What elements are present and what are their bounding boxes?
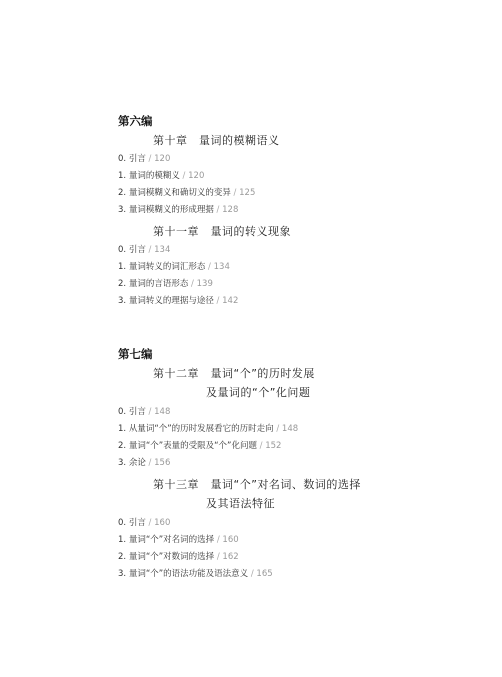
toc-entry[interactable]: 3. 量词转义的理据与途径 / 142 xyxy=(118,294,238,306)
entry-text: 量词转义的理据与途径 xyxy=(129,296,214,306)
toc-entry[interactable]: 2. 量词“个”对数词的选择 / 162 xyxy=(118,550,239,562)
entry-number: 0. xyxy=(118,518,126,528)
entry-number: 0. xyxy=(118,407,126,417)
entry-text: 量词模糊义和确切义的变异 xyxy=(129,188,231,198)
part-title: 第六编 xyxy=(118,113,153,129)
separator: / xyxy=(180,171,188,181)
toc-entry[interactable]: 1. 量词的模糊义 / 120 xyxy=(118,169,204,181)
entry-number: 1. xyxy=(118,262,126,272)
page-number: 120 xyxy=(154,154,170,164)
toc-entry[interactable]: 1. 从量词“个”的历时发展看它的历时走向 / 148 xyxy=(118,422,298,434)
separator: / xyxy=(214,296,222,306)
chapter-title: 第十三章 量词“个”对名词、数词的选择 xyxy=(153,476,361,492)
entry-number: 2. xyxy=(118,441,126,451)
toc-entry[interactable]: 3. 余论 / 156 xyxy=(118,456,170,468)
entry-text: 量词“个”对数词的选择 xyxy=(129,552,214,562)
page-number: 134 xyxy=(154,245,170,255)
entry-text: 引言 xyxy=(129,518,146,528)
entry-text: 从量词“个”的历时发展看它的历时走向 xyxy=(129,424,274,434)
entry-text: 量词“个”对名词的选择 xyxy=(129,535,214,545)
entry-number: 0. xyxy=(118,154,126,164)
page-number: 120 xyxy=(188,171,204,181)
entry-number: 1. xyxy=(118,171,126,181)
toc-entry[interactable]: 0. 引言 / 148 xyxy=(118,405,170,417)
page-number: 148 xyxy=(154,407,170,417)
separator: / xyxy=(146,154,154,164)
entry-number: 1. xyxy=(118,424,126,434)
entry-text: 引言 xyxy=(129,407,146,417)
separator: / xyxy=(231,188,239,198)
entry-number: 1. xyxy=(118,535,126,545)
chapter-title-continued: 及量词的“个”化问题 xyxy=(206,384,310,400)
entry-text: 余论 xyxy=(129,458,146,468)
chapter-title-continued: 及其语法特征 xyxy=(206,495,275,511)
toc-entry[interactable]: 1. 量词“个”对名词的选择 / 160 xyxy=(118,533,239,545)
page-number: 160 xyxy=(154,518,170,528)
toc-entry[interactable]: 0. 引言 / 160 xyxy=(118,516,170,528)
entry-number: 3. xyxy=(118,205,126,215)
entry-number: 2. xyxy=(118,552,126,562)
toc-entry[interactable]: 0. 引言 / 134 xyxy=(118,243,170,255)
page-number: 165 xyxy=(256,569,272,579)
page-number: 134 xyxy=(214,262,230,272)
entry-text: 引言 xyxy=(129,154,146,164)
chapter-title: 第十章 量词的模糊语义 xyxy=(153,132,280,148)
entry-number: 3. xyxy=(118,296,126,306)
toc-entry[interactable]: 2. 量词“个”表量的受限及“个”化问题 / 152 xyxy=(118,439,281,451)
separator: / xyxy=(146,407,154,417)
toc-entry[interactable]: 2. 量词的言语形态 / 139 xyxy=(118,277,213,289)
separator: / xyxy=(274,424,282,434)
page-number: 139 xyxy=(197,279,213,289)
chapter-title: 第十二章 量词“个”的历时发展 xyxy=(153,365,315,381)
entry-number: 3. xyxy=(118,458,126,468)
separator: / xyxy=(214,205,222,215)
page-number: 125 xyxy=(239,188,255,198)
separator: / xyxy=(146,518,154,528)
separator: / xyxy=(257,441,265,451)
page-number: 160 xyxy=(222,535,238,545)
page-number: 162 xyxy=(222,552,238,562)
page-number: 152 xyxy=(265,441,281,451)
toc-entry[interactable]: 0. 引言 / 120 xyxy=(118,152,170,164)
toc-entry[interactable]: 2. 量词模糊义和确切义的变异 / 125 xyxy=(118,186,255,198)
entry-text: 量词“个”的语法功能及语法意义 xyxy=(129,569,248,579)
entry-number: 0. xyxy=(118,245,126,255)
entry-number: 3. xyxy=(118,569,126,579)
entry-text: 量词转义的词汇形态 xyxy=(129,262,206,272)
page-number: 142 xyxy=(222,296,238,306)
separator: / xyxy=(188,279,196,289)
page-number: 148 xyxy=(282,424,298,434)
toc-entry[interactable]: 3. 量词模糊义的形成理据 / 128 xyxy=(118,203,238,215)
page-number: 128 xyxy=(222,205,238,215)
entry-text: 量词的言语形态 xyxy=(129,279,189,289)
entry-text: 量词的模糊义 xyxy=(129,171,180,181)
entry-text: 引言 xyxy=(129,245,146,255)
toc-entry[interactable]: 3. 量词“个”的语法功能及语法意义 / 165 xyxy=(118,567,273,579)
chapter-title: 第十一章 量词的转义现象 xyxy=(153,223,291,239)
page-number: 156 xyxy=(154,458,170,468)
toc-entry[interactable]: 1. 量词转义的词汇形态 / 134 xyxy=(118,260,230,272)
entry-text: 量词“个”表量的受限及“个”化问题 xyxy=(129,441,257,451)
separator: / xyxy=(205,262,213,272)
separator: / xyxy=(146,245,154,255)
entry-number: 2. xyxy=(118,188,126,198)
entry-number: 2. xyxy=(118,279,126,289)
entry-text: 量词模糊义的形成理据 xyxy=(129,205,214,215)
separator: / xyxy=(146,458,154,468)
part-title: 第七编 xyxy=(118,346,153,362)
